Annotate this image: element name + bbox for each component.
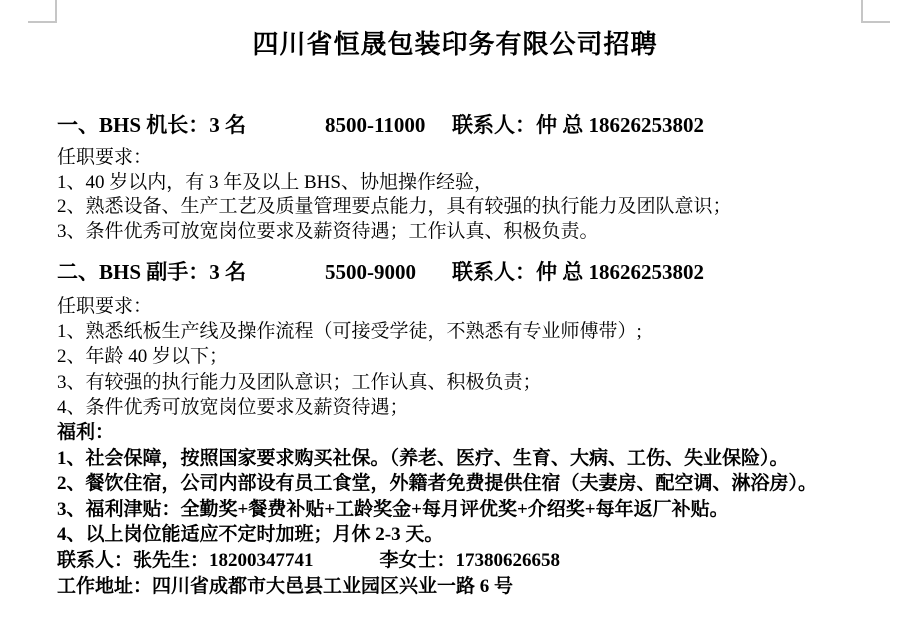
page-margin-mark-top-right — [861, 0, 890, 23]
welfare-item: 3、福利津贴：全勤奖+餐费补贴+工龄奖金+每月评优奖+介绍奖+每年返厂补贴。 — [57, 497, 817, 523]
job2-salary: 5500-9000 — [325, 260, 452, 285]
job1-contact: 联系人：仲 总 18626253802 — [452, 109, 704, 139]
job2-requirement-item: 4、条件优秀可放宽岗位要求及薪资待遇； — [57, 395, 642, 420]
contacts-line: 联系人：张先生：18200347741李女士：17380626658 — [57, 548, 817, 574]
job2-requirement-item: 2、年龄 40 岁以下； — [57, 344, 642, 369]
job2-requirements: 任职要求： 1、熟悉纸板生产线及操作流程（可接受学徒，不熟悉有专业师傅带）; 2… — [57, 294, 642, 420]
welfare-item: 1、社会保障，按照国家要求购买社保。（养老、医疗、生育、大病、工伤、失业保险）。 — [57, 446, 817, 472]
job2-requirement-item: 1、熟悉纸板生产线及操作流程（可接受学徒，不熟悉有专业师傅带）; — [57, 319, 642, 344]
document-page: 四川省恒晟包装印务有限公司招聘 一、BHS 机长：3 名 8500-11000 … — [0, 0, 910, 627]
job2-requirement-item: 3、有较强的执行能力及团队意识；工作认真、积极负责； — [57, 370, 642, 395]
job1-heading-row: 一、BHS 机长：3 名 8500-11000 联系人：仲 总 18626253… — [57, 109, 704, 139]
job1-requirement-item: 3、条件优秀可放宽岗位要求及薪资待遇；工作认真、积极负责。 — [57, 220, 732, 245]
job1-requirement-item: 2、熟悉设备、生产工艺及质量管理要点能力，具有较强的执行能力及团队意识； — [57, 195, 732, 220]
contacts-label: 联系人： — [57, 550, 133, 571]
job1-title: 一、BHS 机长：3 名 — [57, 109, 325, 139]
job1-requirements: 任职要求： 1、40 岁以内，有 3 年及以上 BHS、协旭操作经验， 2、熟悉… — [57, 146, 732, 244]
job2-heading-row: 二、BHS 副手：3 名 5500-9000 联系人：仲 总 186262538… — [57, 256, 704, 286]
job1-requirement-item: 1、40 岁以内，有 3 年及以上 BHS、协旭操作经验， — [57, 171, 732, 196]
job2-requirements-label: 任职要求： — [57, 294, 642, 319]
contact-mr-zhang: 张先生：18200347741 — [133, 550, 314, 571]
welfare-item: 2、餐饮住宿，公司内部设有员工食堂，外籍者免费提供住宿（夫妻房、配空调、淋浴房）… — [57, 471, 817, 497]
job2-contact: 联系人：仲 总 18626253802 — [452, 256, 704, 286]
welfare-section: 福利： 1、社会保障，按照国家要求购买社保。（养老、医疗、生育、大病、工伤、失业… — [57, 420, 817, 599]
welfare-item: 4、以上岗位能适应不定时加班；月休 2-3 天。 — [57, 522, 817, 548]
contact-ms-li: 李女士：17380626658 — [380, 550, 561, 571]
page-margin-mark-top-left — [28, 0, 57, 23]
job2-title: 二、BHS 副手：3 名 — [57, 256, 325, 286]
address-line: 工作地址：四川省成都市大邑县工业园区兴业一路 6 号 — [57, 574, 817, 600]
job1-salary: 8500-11000 — [325, 113, 452, 138]
welfare-label: 福利： — [57, 420, 817, 446]
job1-requirements-label: 任职要求： — [57, 146, 732, 171]
page-title: 四川省恒晟包装印务有限公司招聘 — [0, 24, 910, 61]
